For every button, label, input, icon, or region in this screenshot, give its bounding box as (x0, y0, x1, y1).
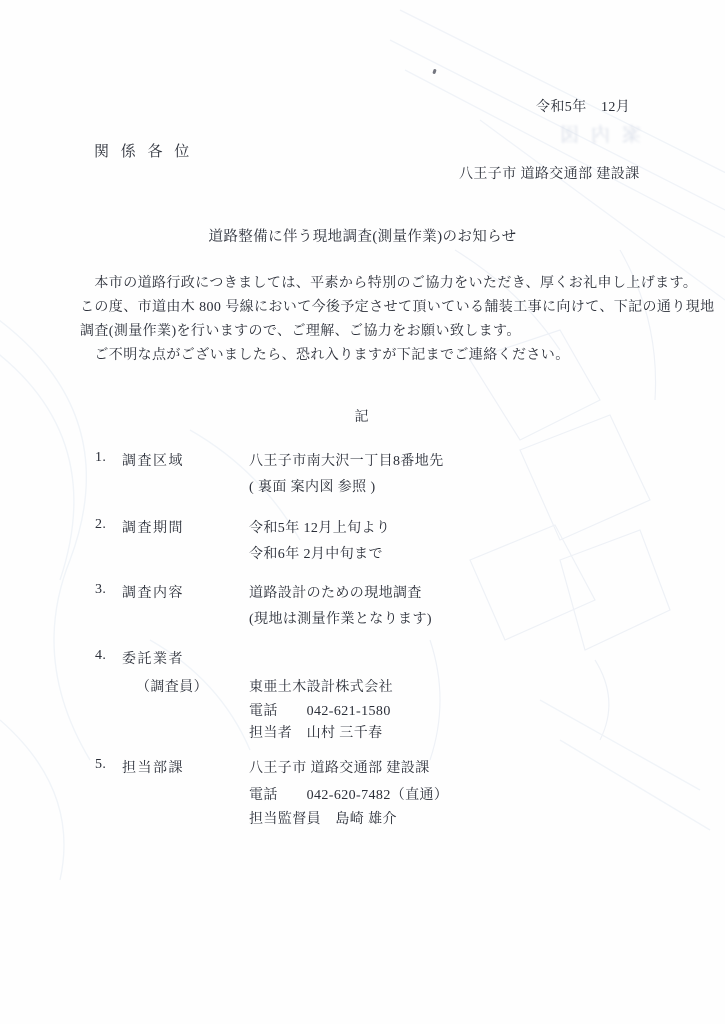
item-value: 八王子市 道路交通部 建設課 (249, 757, 430, 777)
document-page: 案内図 令和5年 12月 関 係 各 位 八王子市 道路交通部 建設課 道路整備… (0, 0, 725, 1024)
item-label: 調査区域 (122, 450, 184, 470)
item-number: 1. (95, 450, 106, 466)
item-value: 担当監督員 島崎 雄介 (249, 808, 397, 828)
item-value: (現地は測量作業となります) (249, 608, 432, 628)
body-line-4: ご不明な点がございましたら、恐れ入りますが下記までご連絡ください。 (80, 344, 680, 368)
item-number: 5. (95, 757, 106, 773)
body-line-1: 本市の道路行政につきましては、平素から特別のご協力をいただき、厚くお礼申し上げま… (80, 272, 680, 296)
item-value: 電話 042-620-7482（直通） (249, 784, 448, 804)
recipient-line: 関 係 各 位 (94, 140, 193, 161)
body-paragraph: 本市の道路行政につきましては、平素から特別のご協力をいただき、厚くお礼申し上げま… (80, 272, 680, 368)
item-value: 電話 042-621-1580 (249, 700, 391, 720)
item-number: 3. (95, 582, 106, 598)
document-date: 令和5年 12月 (536, 96, 630, 116)
item-value: 八王子市南大沢一丁目8番地先 (249, 450, 444, 470)
item-label: 担当部課 (122, 757, 184, 777)
item-value: ( 裏面 案内図 参照 ) (249, 476, 376, 496)
item-label: 調査内容 (122, 582, 184, 602)
item-value: 道路設計のための現地調査 (249, 582, 422, 602)
item-value: 令和6年 2月中旬まで (249, 543, 383, 563)
record-marker: 記 (0, 406, 725, 426)
body-line-2: この度、市道由木 800 号線において今後予定させて頂いている舗装工事に向けて、… (80, 296, 680, 320)
item-value: 担当者 山村 三千春 (249, 722, 383, 742)
document-title: 道路整備に伴う現地調査(測量作業)のお知らせ (0, 225, 725, 246)
item-sublabel: （調査員） (136, 676, 208, 696)
body-line-3: 調査(測量作業)を行いますので、ご理解、ご協力をお願い致します。 (80, 320, 680, 344)
item-label: 委託業者 (122, 648, 184, 668)
item-number: 4. (95, 648, 106, 664)
bleedthrough-text: 案内図 (548, 120, 641, 147)
item-value: 令和5年 12月上旬より (249, 517, 390, 537)
sender-department: 八王子市 道路交通部 建設課 (459, 163, 640, 183)
item-value: 東亜土木設計株式会社 (249, 676, 393, 696)
item-label: 調査期間 (122, 517, 184, 537)
item-number: 2. (95, 517, 106, 533)
